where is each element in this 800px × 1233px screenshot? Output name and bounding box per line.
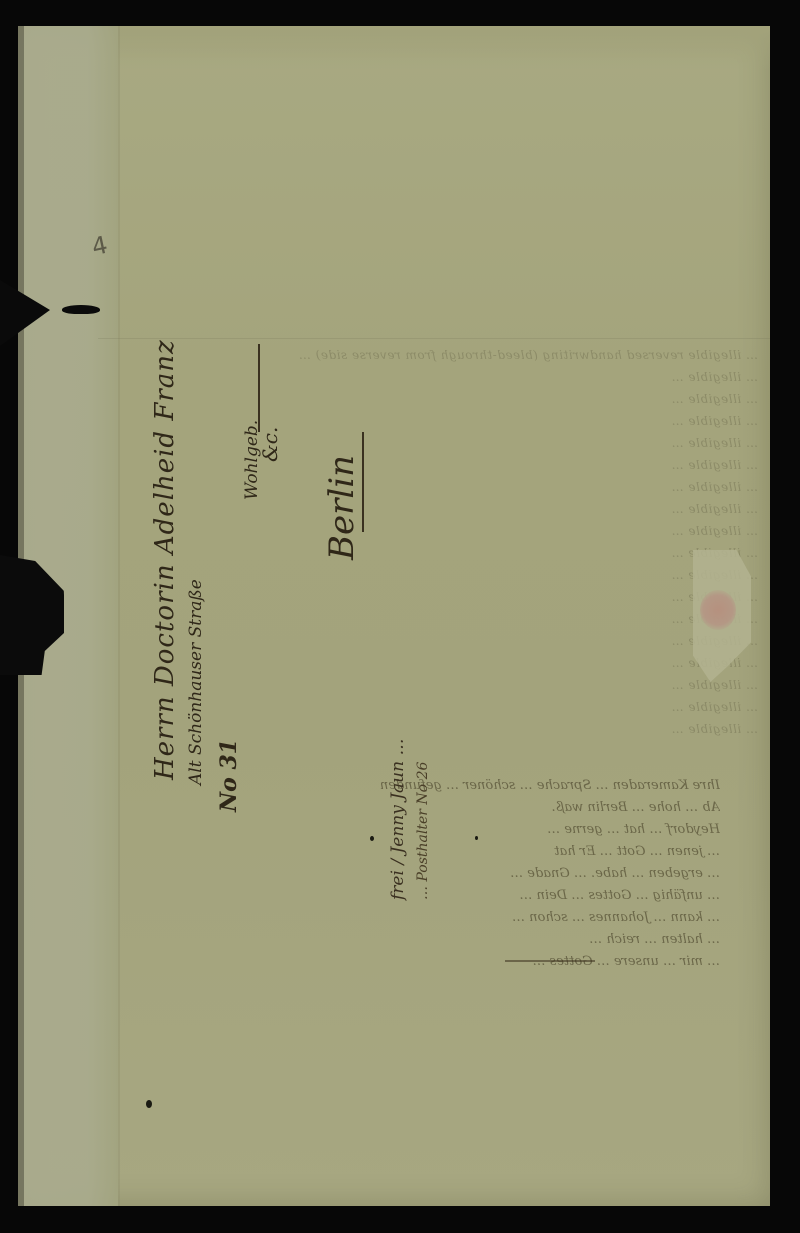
torn-notch xyxy=(62,305,100,314)
torn-corner-upper xyxy=(0,280,50,346)
postal-note-line-1: frei / Jenny Jaun … xyxy=(388,739,408,900)
postal-note-line-2: … Posthalter No 26 xyxy=(415,762,431,900)
ink-spot xyxy=(370,836,374,841)
scan-stage: … illegible reversed handwriting (bleed-… xyxy=(0,0,800,1233)
top-shadow-band xyxy=(118,26,770,70)
address-house-number: No 31 xyxy=(216,739,242,812)
address-recipient-name: Herrn Doctorin Adelheid Franz xyxy=(150,339,180,780)
city-underline xyxy=(362,432,364,532)
wax-seal-icon xyxy=(700,590,736,630)
address-city: Berlin xyxy=(322,455,362,560)
ink-spot xyxy=(146,1100,152,1108)
letter-sheet: … illegible reversed handwriting (bleed-… xyxy=(18,26,770,1206)
horizontal-fold-line xyxy=(98,338,770,339)
ink-spot xyxy=(475,836,478,840)
honorific-flourish-line xyxy=(258,344,260,432)
bleed-underline-mark xyxy=(505,960,595,962)
address-street: Alt Schönhauser Straße xyxy=(186,579,206,785)
